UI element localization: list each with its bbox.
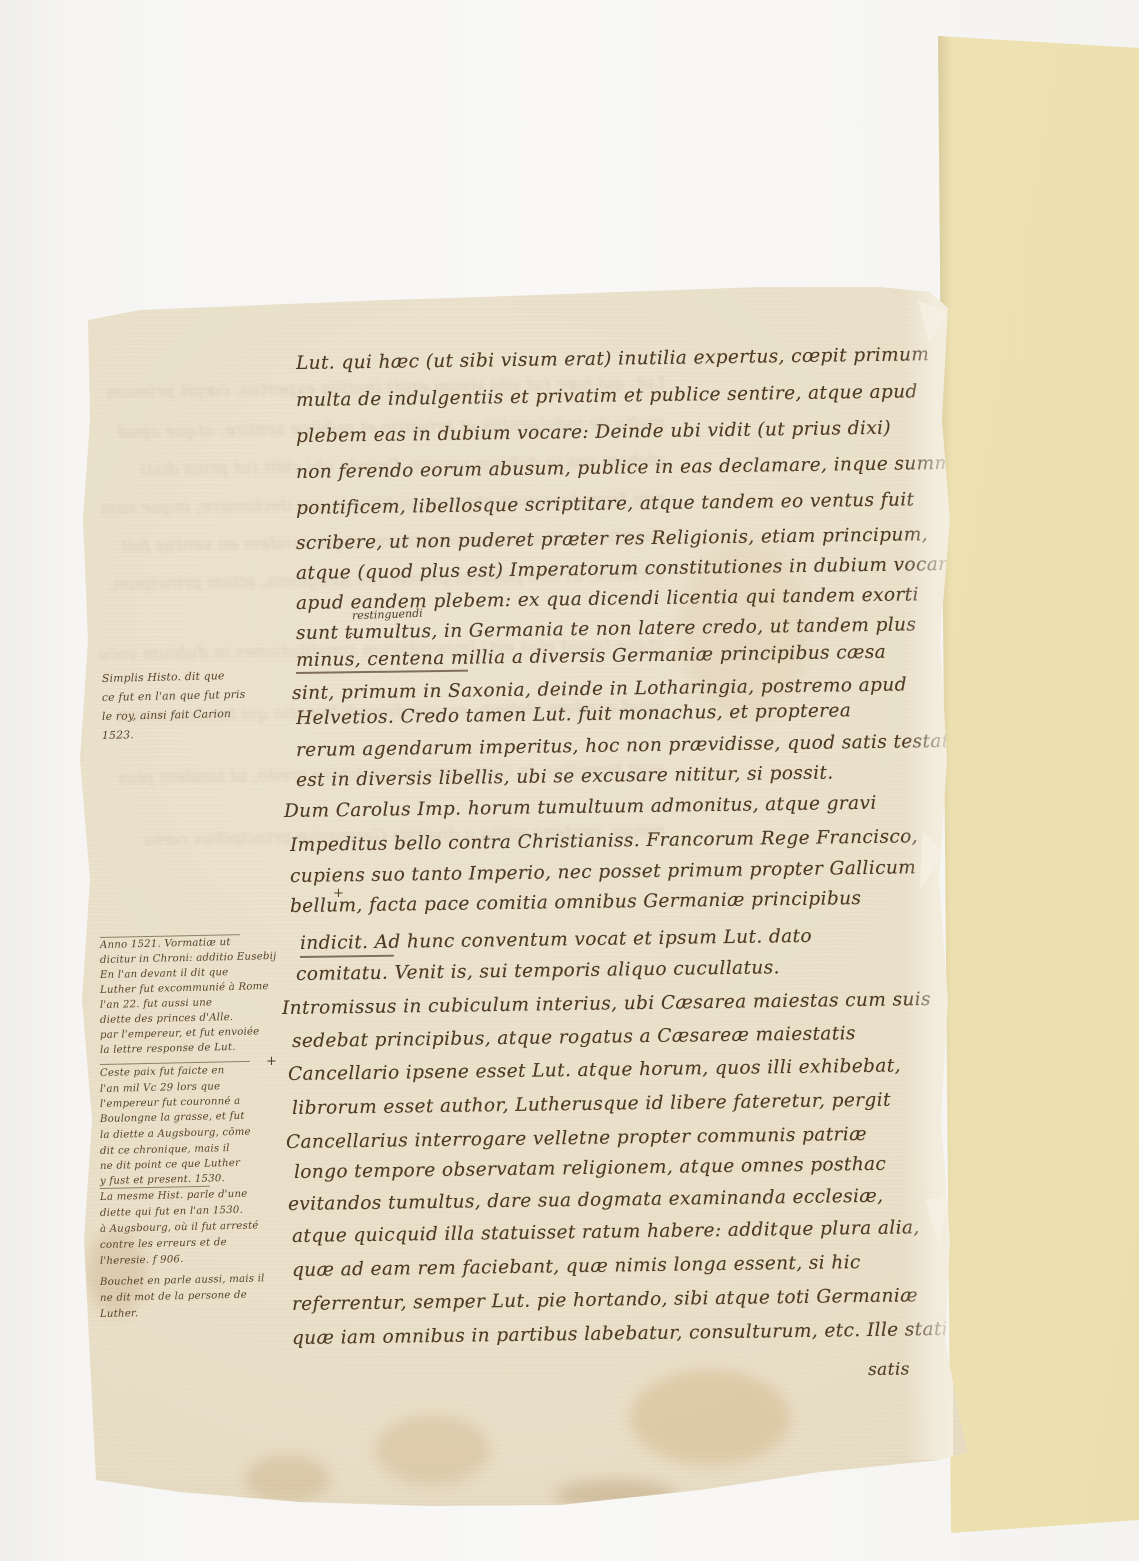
manuscript-scan: Lut. qui hæc (ut sibi visum erat) inutil… [0, 0, 1139, 1561]
